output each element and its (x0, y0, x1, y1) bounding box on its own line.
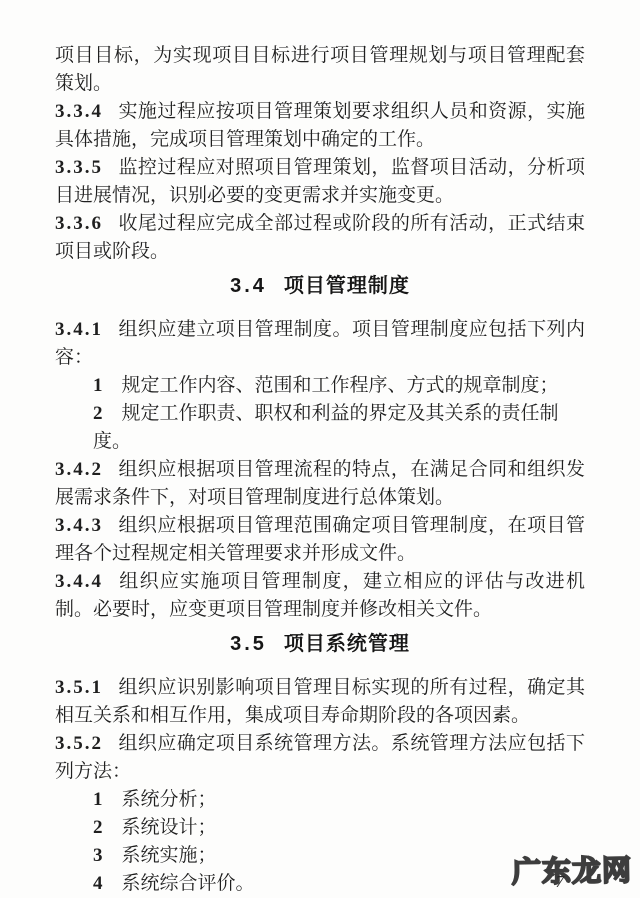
clause-3-5-1: 3.5.1组织应识别影响项目管理目标实现的所有过程，确定其相互关系和相互作用，集… (55, 674, 585, 730)
section-number: 3.5 (230, 633, 267, 655)
document-page: 项目目标，为实现项目目标进行项目管理规划与项目管理配套策划。 3.3.4实施过程… (0, 0, 640, 898)
clause-number: 3.5.1 (55, 677, 103, 698)
list-item-text: 规定工作内容、范围和工作程序、方式的规章制度； (122, 375, 559, 396)
list-item: 1规定工作内容、范围和工作程序、方式的规章制度； (55, 372, 585, 400)
clause-3-4-2: 3.4.2组织应根据项目管理流程的特点，在满足合同和组织发展需求条件下，对项目管… (55, 456, 585, 512)
list-item-text: 系统综合评价。 (122, 873, 255, 894)
list-item-number: 2 (93, 817, 103, 838)
clause-3-3-5: 3.3.5监控过程应对照项目管理策划，监督项目活动，分析项目进展情况，识别必要的… (55, 154, 585, 210)
list-item-number: 2 (93, 403, 103, 424)
clause-number: 3.4.2 (55, 459, 103, 480)
list-item-number: 4 (93, 873, 103, 894)
clause-3-3-4: 3.3.4实施过程应按项目管理策划要求组织人员和资源，实施具体措施，完成项目管理… (55, 98, 585, 154)
clause-text: 组织应根据项目管理范围确定项目管理制度，在项目管理各个过程规定相关管理要求并形成… (55, 515, 585, 564)
list-item-text: 系统分析； (122, 789, 217, 810)
clause-number: 3.4.3 (55, 515, 103, 536)
clause-3-4-1: 3.4.1组织应建立项目管理制度。项目管理制度应包括下列内容： (55, 316, 585, 372)
clause-text: 监控过程应对照项目管理策划，监督项目活动，分析项目进展情况，识别必要的变更需求并… (55, 157, 585, 206)
clause-number: 3.5.2 (55, 733, 103, 754)
clause-number: 3.4.4 (55, 571, 103, 592)
section-title: 项目管理制度 (284, 275, 410, 297)
list-item-number: 3 (93, 845, 103, 866)
list-item-text: 规定工作职责、职权和利益的界定及其关系的责任制度。 (93, 403, 559, 452)
clause-text: 组织应实施项目管理制度，建立相应的评估与改进机制。必要时，应变更项目管理制度并修… (55, 571, 585, 620)
clause-3-4-3: 3.4.3组织应根据项目管理范围确定项目管理制度，在项目管理各个过程规定相关管理… (55, 512, 585, 568)
section-title: 项目系统管理 (284, 633, 410, 655)
clause-text: 实施过程应按项目管理策划要求组织人员和资源，实施具体措施，完成项目管理策划中确定… (55, 101, 585, 150)
page-number: 7 (556, 868, 565, 896)
clause-number: 3.4.1 (55, 319, 103, 340)
site-watermark: 广东龙网 (512, 857, 632, 887)
clause-text: 组织应识别影响项目管理目标实现的所有过程，确定其相互关系和相互作用，集成项目寿命… (55, 677, 585, 726)
clause-3-4-4: 3.4.4组织应实施项目管理制度，建立相应的评估与改进机制。必要时，应变更项目管… (55, 568, 585, 624)
clause-3-5-2: 3.5.2组织应确定项目系统管理方法。系统管理方法应包括下列方法： (55, 730, 585, 786)
section-number: 3.4 (230, 275, 267, 297)
section-heading-3-4: 3.4项目管理制度 (55, 272, 585, 300)
paragraph-continuation: 项目目标，为实现项目目标进行项目管理规划与项目管理配套策划。 (55, 42, 585, 98)
list-item: 2规定工作职责、职权和利益的界定及其关系的责任制度。 (55, 400, 585, 456)
list-item-number: 1 (93, 375, 103, 396)
list-item-text: 系统设计； (122, 817, 217, 838)
clause-3-3-6: 3.3.6收尾过程应完成全部过程或阶段的所有活动，正式结束项目或阶段。 (55, 210, 585, 266)
list-item: 4系统综合评价。 (55, 870, 585, 898)
list-item: 2系统设计； (55, 814, 585, 842)
clause-text: 组织应建立项目管理制度。项目管理制度应包括下列内容： (55, 319, 585, 368)
list-item-number: 1 (93, 789, 103, 810)
clause-number: 3.3.6 (55, 213, 103, 234)
paragraph-text: 项目目标，为实现项目目标进行项目管理规划与项目管理配套策划。 (55, 45, 585, 94)
list-item: 1系统分析； (55, 786, 585, 814)
clause-text: 组织应根据项目管理流程的特点，在满足合同和组织发展需求条件下，对项目管理制度进行… (55, 459, 585, 508)
clause-number: 3.3.5 (55, 157, 103, 178)
list-item-text: 系统实施； (122, 845, 217, 866)
section-heading-3-5: 3.5项目系统管理 (55, 630, 585, 658)
clause-text: 收尾过程应完成全部过程或阶段的所有活动，正式结束项目或阶段。 (55, 213, 585, 262)
list-item: 3系统实施； (55, 842, 585, 870)
clause-number: 3.3.4 (55, 101, 103, 122)
clause-text: 组织应确定项目系统管理方法。系统管理方法应包括下列方法： (55, 733, 585, 782)
